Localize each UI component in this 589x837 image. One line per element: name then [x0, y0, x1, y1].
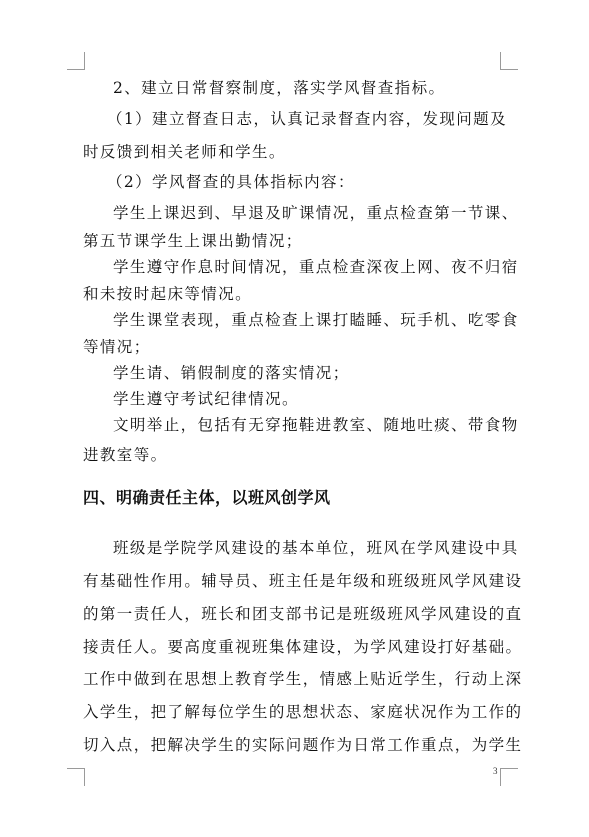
corner-mark-bottom-left-v	[84, 768, 85, 786]
text-line: 2、建立日常督察制度，落实学风督查指标。	[113, 78, 445, 98]
text-line: 班级是学院学风建设的基本单位，班风在学风建设中具	[113, 538, 519, 558]
text-line: 等情况；	[83, 337, 151, 357]
text-line: 学生遵守考试纪律情况。	[113, 389, 299, 409]
corner-mark-bottom-right-h	[500, 768, 518, 769]
text-line: 入学生，把了解每位学生的思想状态、家庭状况作为工作的	[83, 702, 522, 722]
corner-mark-top-right-h	[500, 69, 518, 70]
text-line: 工作中做到在思想上教育学生，情感上贴近学生，行动上深	[83, 669, 522, 689]
corner-mark-top-right-v	[500, 52, 501, 70]
section-heading: 四、明确责任主体，以班风创学风	[83, 485, 331, 508]
corner-mark-bottom-left-h	[67, 768, 85, 769]
text-line: 学生遵守作息时间情况，重点检查深夜上网、夜不归宿	[113, 257, 519, 277]
page-number: 3	[493, 766, 498, 776]
text-line: 文明举止，包括有无穿拖鞋进教室、随地吐痰、带食物	[113, 415, 519, 435]
text-line: 学生请、销假制度的落实情况；	[113, 363, 350, 383]
text-line: 有基础性作用。辅导员、班主任是年级和班级班风学风建设	[83, 571, 522, 591]
corner-mark-bottom-right-v	[500, 768, 501, 786]
text-line: （2）学风督查的具体指标内容：	[107, 172, 355, 192]
text-line: 学生课堂表现，重点检查上课打瞌睡、玩手机、吃零食	[113, 310, 519, 330]
text-line: 和未按时起床等情况。	[83, 284, 252, 304]
text-line: 学生上课迟到、早退及旷课情况，重点检查第一节课、	[113, 203, 519, 223]
text-line: 进教室等。	[83, 445, 168, 465]
text-line: 时反馈到相关老师和学生。	[83, 142, 286, 162]
text-line: （1）建立督查日志，认真记录督查内容，发现问题及	[107, 109, 507, 129]
corner-mark-top-left-v	[84, 52, 85, 70]
text-line: 切入点，把解决学生的实际问题作为日常工作重点，为学生	[83, 735, 522, 755]
text-line: 第五节课学生上课出勤情况；	[83, 231, 303, 251]
text-line: 的第一责任人，班长和团支部书记是班级班风学风建设的直	[83, 604, 522, 624]
text-line: 接责任人。要高度重视班集体建设，为学风建设打好基础。	[83, 637, 522, 657]
corner-mark-top-left-h	[67, 69, 85, 70]
